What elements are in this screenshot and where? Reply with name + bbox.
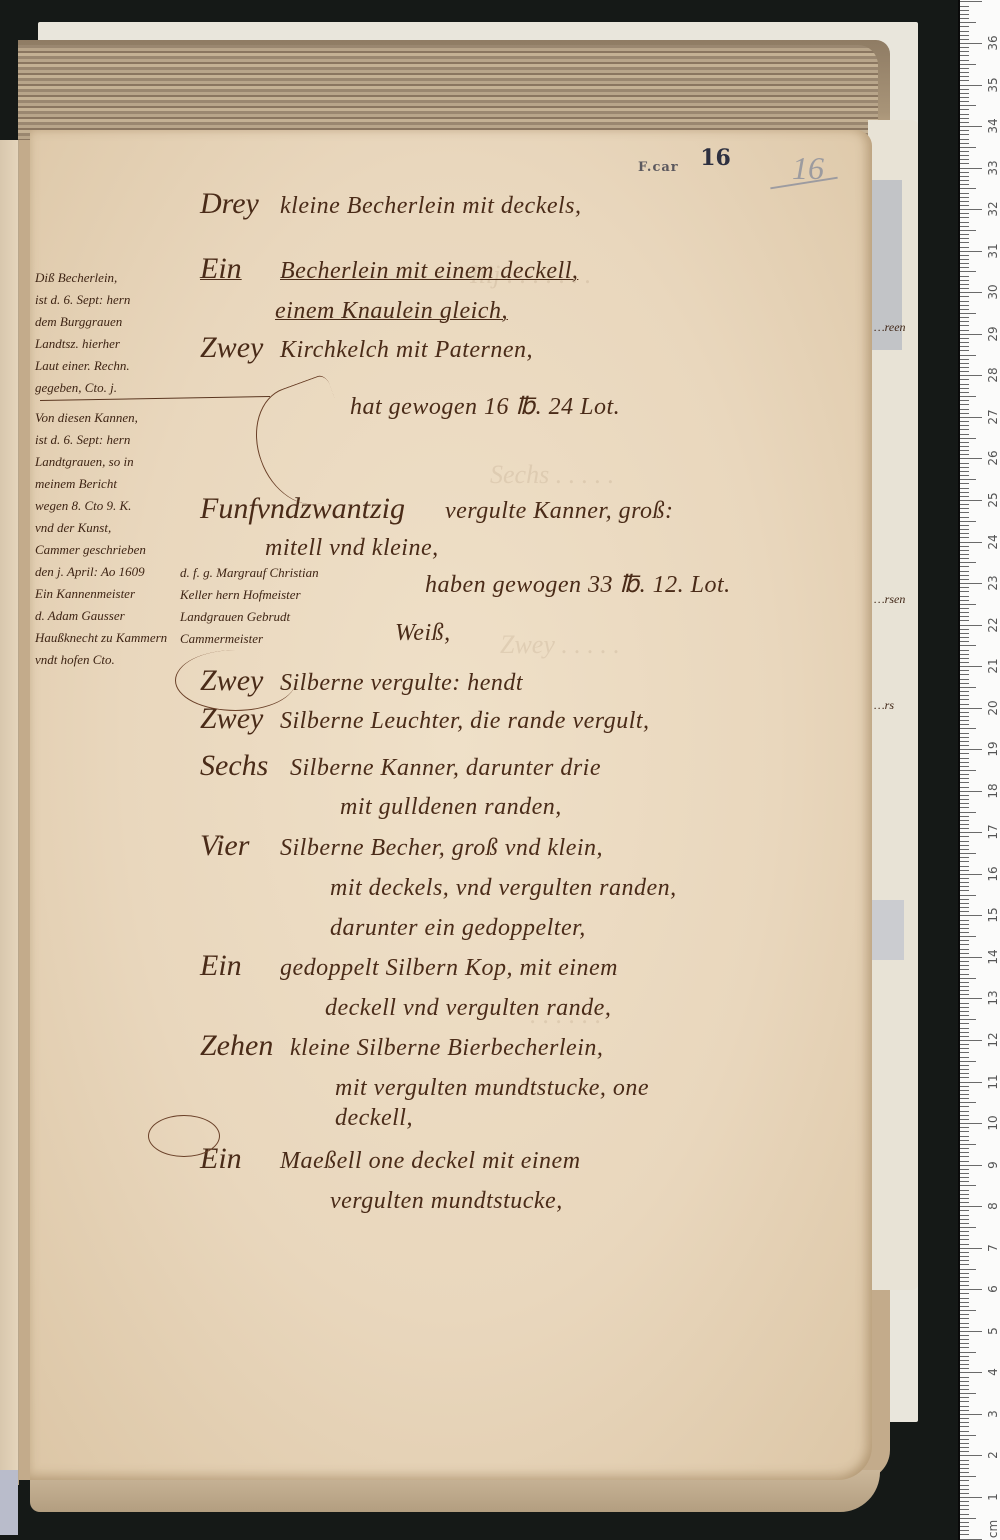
- text-line: vergulten mundtstucke,: [330, 1188, 563, 1215]
- ruler-tick: [960, 1048, 969, 1049]
- margin-note-line: ist d. 6. Sept: hern: [35, 292, 130, 308]
- text-line: mit deckels, vnd vergulten randen,: [330, 875, 677, 902]
- ruler-tick: [960, 1115, 969, 1116]
- ruler-tick: [960, 1426, 969, 1427]
- ruler-tick: [960, 1156, 969, 1157]
- ruler-tick: [960, 101, 969, 102]
- ruler-label: 26: [986, 448, 1000, 468]
- ruler-tick: [960, 662, 969, 663]
- ruler-tick: [960, 629, 969, 630]
- margin-rule: [40, 396, 270, 401]
- ruler-tick: [960, 1235, 969, 1236]
- ruler-tick: [960, 1352, 976, 1353]
- ruler-tick: [960, 284, 969, 285]
- ruler-tick: [960, 1007, 969, 1008]
- text-line: haben gewogen 33 ℔. 12. Lot.: [425, 570, 731, 599]
- ruler-tick: [960, 704, 969, 705]
- ruler-tick: [960, 1169, 969, 1170]
- ruler-tick: [960, 1019, 976, 1020]
- ruler-tick: [960, 1298, 969, 1299]
- ruler-tick: [960, 97, 969, 98]
- ruler-tick: [960, 1472, 969, 1473]
- ruler-tick: [960, 496, 969, 497]
- ruler-tick: [960, 1323, 969, 1324]
- ruler-tick: [960, 114, 969, 115]
- ruler-label: 22: [986, 615, 1000, 635]
- ruler-tick: [960, 442, 969, 443]
- ruler-tick: [960, 645, 976, 646]
- ruler-tick: [960, 978, 976, 979]
- ruler-tick: [960, 890, 969, 891]
- ruler-tick: [960, 1455, 982, 1456]
- ruler-tick: [960, 824, 969, 825]
- ruler-tick: [960, 728, 976, 729]
- ruler-tick: [960, 288, 969, 289]
- ruler-tick: [960, 217, 969, 218]
- ruler-tick: [960, 521, 976, 522]
- ruler-tick: [960, 517, 969, 518]
- ruler-label: 10: [986, 1113, 1000, 1133]
- ruler-tick: [960, 458, 982, 459]
- tissue-repair: [870, 900, 904, 960]
- ruler-tick: [960, 1393, 976, 1394]
- ruler-tick: [960, 1501, 969, 1502]
- ruler-label: 29: [986, 324, 1000, 344]
- ruler-tick: [960, 812, 976, 813]
- ruler-tick: [960, 238, 969, 239]
- ruler-tick: [960, 1185, 976, 1186]
- ruler-tick: [960, 1015, 969, 1016]
- ruler-tick: [960, 683, 969, 684]
- ruler-tick: [960, 1489, 969, 1490]
- ruler-tick: [960, 1032, 969, 1033]
- ruler-tick: [960, 6, 969, 7]
- ruler-tick: [960, 562, 976, 563]
- ruler-tick: [960, 533, 969, 534]
- ruler-label: 31: [986, 241, 1000, 261]
- ruler-tick: [960, 608, 969, 609]
- ruler-tick: [960, 1094, 969, 1095]
- ruler-tick: [960, 1518, 976, 1519]
- ruler-tick: [960, 1343, 969, 1344]
- ruler-tick: [960, 998, 982, 999]
- ruler-tick: [960, 961, 969, 962]
- ruler-tick: [960, 795, 969, 796]
- ruler-tick: [960, 421, 969, 422]
- text-line: Maeßell one deckel mit einem: [280, 1148, 581, 1175]
- ruler-tick: [960, 1044, 969, 1045]
- ruler-tick: [960, 674, 969, 675]
- ruler-tick: [960, 346, 969, 347]
- ruler-tick: [960, 1368, 969, 1369]
- ruler-tick: [960, 903, 969, 904]
- margin-note-line: den j. April: Ao 1609: [35, 564, 145, 580]
- ruler-tick: [960, 965, 969, 966]
- ruler-tick: [960, 1468, 969, 1469]
- ruler-label: 8: [986, 1196, 1000, 1216]
- ruler-tick: [960, 313, 976, 314]
- ruler-tick: [960, 163, 969, 164]
- ruler-tick: [960, 882, 969, 883]
- ruler-tick: [960, 379, 969, 380]
- ruler-tick: [960, 695, 969, 696]
- ruler-tick: [960, 616, 969, 617]
- ruler-tick: [960, 350, 969, 351]
- ruler-tick: [960, 583, 982, 584]
- ruler-tick: [960, 263, 969, 264]
- ruler-label: 2: [986, 1445, 1000, 1465]
- ruler-tick: [960, 201, 969, 202]
- ruler-tick: [960, 928, 969, 929]
- ruler-tick: [960, 1377, 969, 1378]
- ruler-tick: [960, 1011, 969, 1012]
- ruler-tick: [960, 591, 969, 592]
- entry-lead-word: Vier: [200, 829, 249, 863]
- ruler-tick: [960, 1210, 969, 1211]
- ruler-tick: [960, 807, 969, 808]
- margin-note-line: wegen 8. Cto 9. K.: [35, 498, 131, 514]
- ruler-tick: [960, 1028, 969, 1029]
- ruler-label: 11: [986, 1072, 1000, 1092]
- ruler-tick: [960, 85, 982, 86]
- ruler-tick: [960, 1273, 969, 1274]
- ruler-tick: [960, 1, 982, 2]
- ruler-tick: [960, 712, 969, 713]
- margin-note-line: dem Burggrauen: [35, 314, 122, 330]
- ruler-tick: [960, 512, 969, 513]
- ruler-tick: [960, 1152, 969, 1153]
- ruler-tick: [960, 454, 969, 455]
- ruler-tick: [960, 1227, 976, 1228]
- ruler-tick: [960, 1497, 982, 1498]
- ruler-tick: [960, 180, 969, 181]
- ruler-tick: [960, 1314, 969, 1315]
- ruler-tick: [960, 633, 969, 634]
- ruler-tick: [960, 1360, 969, 1361]
- ruler-tick: [960, 130, 969, 131]
- folio-stamp: F.car 16: [638, 145, 731, 171]
- ruler-tick: [960, 338, 969, 339]
- text-line: kleine Silberne Bierbecherlein,: [290, 1035, 603, 1062]
- text-line: darunter ein gedoppelter,: [330, 915, 586, 942]
- manuscript-page: Iiij . . . . . . . Sechs . . . . . Zwey …: [30, 130, 872, 1480]
- ruler-tick: [960, 699, 969, 700]
- ruler-tick: [960, 1460, 969, 1461]
- ruler-tick: [960, 259, 969, 260]
- ruler-tick: [960, 874, 982, 875]
- ruler-tick: [960, 168, 982, 169]
- ruler-tick: [960, 857, 969, 858]
- ruler-label: 23: [986, 573, 1000, 593]
- ruler-tick: [960, 60, 969, 61]
- ruler-label: 15: [986, 905, 1000, 925]
- ruler-tick: [960, 508, 969, 509]
- ruler-tick: [960, 267, 969, 268]
- ruler-label: 16: [986, 864, 1000, 884]
- ruler-tick: [960, 1418, 969, 1419]
- ruler-tick: [960, 1136, 969, 1137]
- ruler-tick: [960, 911, 969, 912]
- ruler-tick: [960, 841, 969, 842]
- ruler-tick: [960, 969, 969, 970]
- ruler-tick: [960, 22, 976, 23]
- ruler-tick: [960, 1443, 969, 1444]
- ruler-label: 7: [986, 1238, 1000, 1258]
- ruler-tick: [960, 479, 976, 480]
- margin-note-line: meinem Bericht: [35, 476, 117, 492]
- ruler-tick: [960, 612, 969, 613]
- ruler-tick: [960, 1306, 969, 1307]
- ruler-tick: [960, 924, 969, 925]
- ruler-tick: [960, 782, 969, 783]
- ruler-tick: [960, 188, 976, 189]
- ruler-tick: [960, 392, 969, 393]
- ruler-tick: [960, 76, 969, 77]
- ruler-tick: [960, 762, 969, 763]
- ruler-tick: [960, 122, 969, 123]
- ruler-tick: [960, 1098, 969, 1099]
- ruler-tick: [960, 895, 976, 896]
- ruler-tick: [960, 1331, 982, 1332]
- page-stack-top-edge: [18, 45, 878, 140]
- ruler-tick: [960, 878, 969, 879]
- ruler-label: 19: [986, 739, 1000, 759]
- ruler-tick: [960, 492, 969, 493]
- ruler-tick: [960, 691, 969, 692]
- ruler-tick: [960, 425, 969, 426]
- ruler-tick: [960, 1447, 969, 1448]
- ruler-tick: [960, 413, 969, 414]
- right-edge-fragment: …rsen: [874, 592, 905, 607]
- ruler-tick: [960, 1131, 969, 1132]
- text-line: mitell vnd kleine,: [265, 535, 439, 562]
- ruler-tick: [960, 1364, 969, 1365]
- ruler-tick: [960, 1073, 969, 1074]
- ruler-tick: [960, 1173, 969, 1174]
- margin-note-line: Landtsz. hierher: [35, 336, 120, 352]
- text-line: vergulte Kanner, groß:: [445, 498, 674, 525]
- ruler-tick: [960, 321, 969, 322]
- ruler-tick: [960, 118, 969, 119]
- ruler-tick: [960, 932, 969, 933]
- ruler-tick: [960, 799, 969, 800]
- ruler-tick: [960, 39, 969, 40]
- ruler-tick: [960, 1069, 969, 1070]
- ruler-tick: [960, 342, 969, 343]
- ruler-tick: [960, 944, 969, 945]
- entry-lead-word: Ein: [200, 949, 242, 983]
- ruler-tick: [960, 64, 976, 65]
- ruler-tick: [960, 1003, 969, 1004]
- ruler-tick: [960, 404, 969, 405]
- right-inserted-leaves: …reen …rsen …rs: [868, 120, 918, 1290]
- ruler-tick: [960, 446, 969, 447]
- ruler-tick: [960, 371, 969, 372]
- ruler-tick: [960, 334, 982, 335]
- ruler-tick: [960, 172, 969, 173]
- ruler-tick: [960, 1161, 969, 1162]
- ruler-tick: [960, 14, 969, 15]
- ruler-label: 30: [986, 282, 1000, 302]
- ruler-tick: [960, 1223, 969, 1224]
- ruler-label: 34: [986, 116, 1000, 136]
- entry-lead-word: Ein: [200, 252, 242, 286]
- ruler-tick: [960, 355, 976, 356]
- margin-note-line: Haußknecht zu Kammern: [35, 630, 167, 646]
- ruler-tick: [960, 1256, 969, 1257]
- ruler-label: 12: [986, 1030, 1000, 1050]
- ruler-tick: [960, 1356, 969, 1357]
- ruler-tick: [960, 832, 982, 833]
- right-edge-fragment: …reen: [874, 320, 906, 335]
- ruler-tick: [960, 1106, 969, 1107]
- ruler-tick: [960, 72, 969, 73]
- text-line: Silberne Kanner, darunter drie: [290, 755, 601, 782]
- ruler-tick: [960, 1260, 969, 1261]
- ruler-tick: [960, 1036, 969, 1037]
- ruler-tick: [960, 546, 969, 547]
- margin-note-line: Cammermeister: [180, 631, 263, 647]
- ruler-tick: [960, 47, 969, 48]
- ruler-tick: [960, 51, 969, 52]
- ruler-tick: [960, 31, 969, 32]
- ruler-label: 4: [986, 1362, 1000, 1382]
- ruler-tick: [960, 816, 969, 817]
- ruler-tick: [960, 724, 969, 725]
- ruler-tick: [960, 1335, 969, 1336]
- ruler-tick: [960, 176, 969, 177]
- ruler-tick: [960, 861, 969, 862]
- ruler-tick: [960, 1310, 976, 1311]
- ruler-tick: [960, 687, 976, 688]
- ruler-tick: [960, 205, 969, 206]
- ruler-tick: [960, 866, 969, 867]
- ruler-tick: [960, 886, 969, 887]
- ruler-tick: [960, 525, 969, 526]
- ruler-tick: [960, 1451, 969, 1452]
- text-line: Becherlein mit einem deckell,: [280, 258, 578, 285]
- ruler-tick: [960, 251, 982, 252]
- ruler-tick: [960, 151, 969, 152]
- ruler-tick: [960, 384, 969, 385]
- ruler-tick: [960, 1090, 969, 1091]
- ruler-tick: [960, 579, 969, 580]
- ruler-tick: [960, 305, 969, 306]
- text-line: hat gewogen 16 ℔. 24 Lot.: [350, 392, 620, 421]
- ruler-tick: [960, 641, 969, 642]
- ruler-tick: [960, 957, 982, 958]
- ruler-tick: [960, 803, 969, 804]
- ruler-tick: [960, 1065, 969, 1066]
- ruler-tick: [960, 1289, 982, 1290]
- margin-note-line: Von diesen Kannen,: [35, 410, 138, 426]
- ruler-tick: [960, 109, 969, 110]
- measurement-ruler: 1234567891011121314151617181920212223242…: [958, 0, 1000, 1540]
- ruler-tick: [960, 670, 969, 671]
- ruler-tick: [960, 604, 976, 605]
- ruler-tick: [960, 749, 982, 750]
- ruler-tick: [960, 679, 969, 680]
- ruler-tick: [960, 870, 969, 871]
- ruler-tick: [960, 791, 982, 792]
- ruler-tick: [960, 658, 969, 659]
- ruler-tick: [960, 1464, 969, 1465]
- ruler-tick: [960, 429, 969, 430]
- ruler-tick: [960, 10, 969, 11]
- ruler-tick: [960, 18, 969, 19]
- ruler-tick: [960, 637, 969, 638]
- ruler-tick: [960, 733, 969, 734]
- ruler-tick: [960, 587, 969, 588]
- ruler-tick: [960, 770, 976, 771]
- ruler-tick: [960, 155, 969, 156]
- ruler-tick: [960, 93, 969, 94]
- ruler-tick: [960, 1082, 982, 1083]
- ruler-tick: [960, 434, 969, 435]
- ruler-tick: [960, 1327, 969, 1328]
- ruler-tick: [960, 1431, 969, 1432]
- ruler-tick: [960, 450, 969, 451]
- ruler-tick: [960, 242, 969, 243]
- text-line: einem Knaulein gleich,: [275, 298, 508, 325]
- ruler-tick: [960, 1040, 982, 1041]
- ruler-tick: [960, 488, 969, 489]
- folio-number: 16: [700, 145, 731, 171]
- ruler-tick: [960, 1190, 969, 1191]
- ruler-tick: [960, 571, 969, 572]
- text-line: Silberne vergulte: hendt: [280, 670, 523, 697]
- ruler-tick: [960, 197, 969, 198]
- margin-note-line: vndt hofen Cto.: [35, 652, 115, 668]
- ruler-tick: [960, 1231, 969, 1232]
- ruler-label: 20: [986, 698, 1000, 718]
- ruler-tick: [960, 982, 969, 983]
- ruler-tick: [960, 1140, 969, 1141]
- ruler-tick: [960, 1239, 969, 1240]
- text-line: gedoppelt Silbern Kop, mit einem: [280, 955, 618, 982]
- ruler-tick: [960, 1476, 976, 1477]
- ruler-tick: [960, 1397, 969, 1398]
- ruler-tick: [960, 1269, 976, 1270]
- ruler-tick: [960, 899, 969, 900]
- ruler-tick: [960, 1530, 969, 1531]
- ruler-tick: [960, 1410, 969, 1411]
- ruler-tick: [960, 280, 969, 281]
- ruler-tick: [960, 1119, 969, 1120]
- margin-note-line: Landgrauen Gebrudt: [180, 609, 290, 625]
- ruler-tick: [960, 1389, 969, 1390]
- ruler-tick: [960, 400, 969, 401]
- ruler-tick: [960, 1077, 969, 1078]
- ruler-tick: [960, 55, 969, 56]
- ruler-label: 3: [986, 1404, 1000, 1424]
- ruler-tick: [960, 1372, 982, 1373]
- ruler-tick: [960, 388, 969, 389]
- ruler-tick: [960, 828, 969, 829]
- ruler-tick: [960, 363, 969, 364]
- ruler-tick: [960, 1057, 969, 1058]
- ruler-tick: [960, 471, 969, 472]
- ruler-tick: [960, 766, 969, 767]
- ruler-tick: [960, 974, 969, 975]
- flourish: [148, 1115, 220, 1157]
- text-line: deckell,: [335, 1105, 413, 1132]
- ruler-label: 24: [986, 532, 1000, 552]
- ruler-tick: [960, 1339, 969, 1340]
- ruler-tick: [960, 504, 969, 505]
- ruler-tick: [960, 1318, 969, 1319]
- entry-lead-word: Drey: [200, 187, 259, 221]
